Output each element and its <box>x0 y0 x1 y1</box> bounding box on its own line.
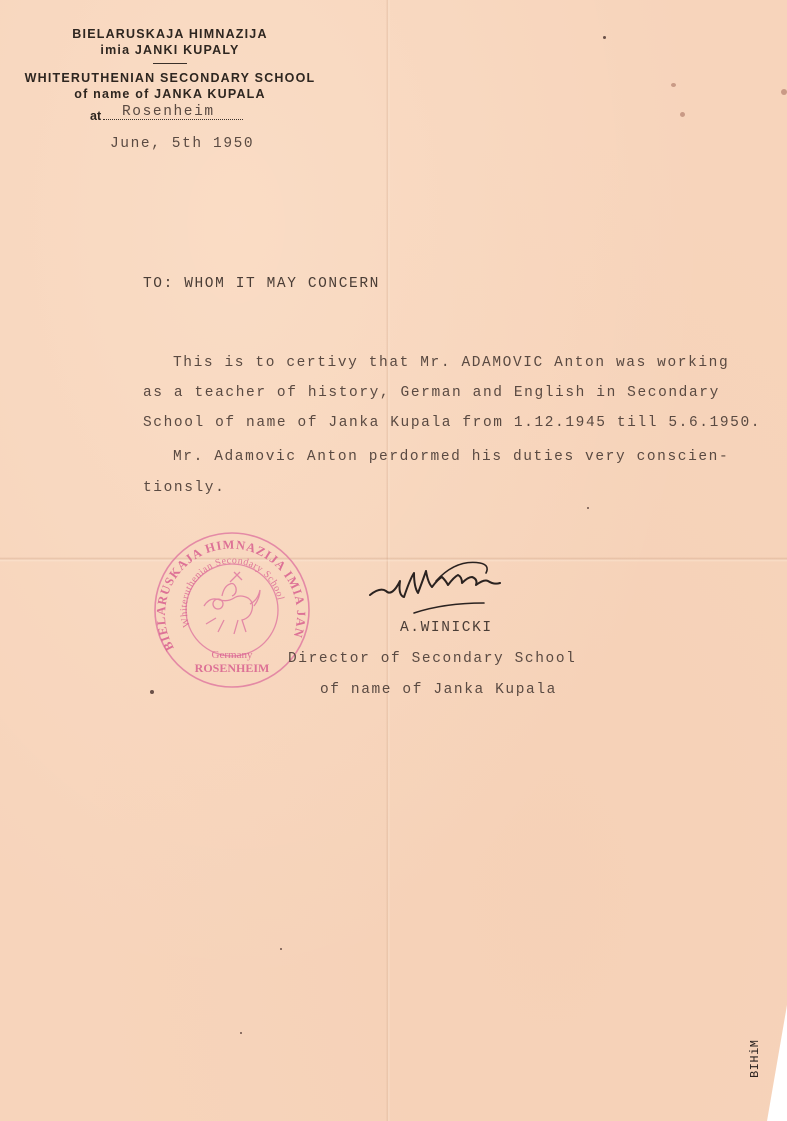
letterhead: BIELARUSKAJA HIMNAZIJA imia JANKI KUPALY… <box>10 26 330 102</box>
letterhead-separator <box>153 63 187 64</box>
stamp-outer-text: BIELARUSKAJA HIMNAZIJA IMIA JANKI KUPALY <box>152 530 308 653</box>
paper-speck <box>603 36 606 39</box>
paper-speck <box>680 112 685 117</box>
letter-date: June, 5th 1950 <box>110 136 254 152</box>
letterhead-line-4: of name of JANKA KUPALA <box>10 86 330 102</box>
salutation: TO: WHOM IT MAY CONCERN <box>143 276 380 292</box>
letterhead-line-2: imia JANKI KUPALY <box>10 42 330 58</box>
paper-speck <box>587 507 589 509</box>
archive-mark: BIHiM <box>748 1039 762 1078</box>
stamp-inner-text: Whiteruthenian Secondary School <box>179 555 286 628</box>
paper-speck <box>781 89 787 95</box>
pahonia-knight-icon <box>204 572 260 634</box>
paper-speck <box>240 1032 242 1034</box>
signatory-title-line-1: Director of Secondary School <box>288 651 576 667</box>
svg-text:BIELARUSKAJA HIMNAZIJA IMIA JA: BIELARUSKAJA HIMNAZIJA IMIA JANKI KUPALY <box>152 530 308 653</box>
stamp-city: ROSENHEIM <box>195 661 270 675</box>
signatory-title-line-2: of name of Janka Kupala <box>320 682 557 698</box>
body-line-3: School of name of Janka Kupala from 1.12… <box>143 415 761 431</box>
paper-speck <box>150 690 154 694</box>
letterhead-line-3: WHITERUTHENIAN SECONDARY SCHOOL <box>10 70 330 86</box>
letterhead-line-1: BIELARUSKAJA HIMNAZIJA <box>10 26 330 42</box>
handwritten-signature <box>366 555 536 617</box>
document-page: BIELARUSKAJA HIMNAZIJA imia JANKI KUPALY… <box>0 0 787 1121</box>
signatory-name: A.WINICKI <box>400 620 493 636</box>
stamp-country: Germany <box>212 649 253 661</box>
place-label: at <box>90 109 101 123</box>
svg-text:Whiteruthenian Secondary Schoo: Whiteruthenian Secondary School <box>179 555 286 628</box>
body-line-5: tionsly. <box>143 480 225 496</box>
place-value: Rosenheim <box>122 104 215 120</box>
body-line-1: This is to certivy that Mr. ADAMOVIC Ant… <box>173 355 729 371</box>
paper-speck <box>280 948 282 950</box>
paper-speck <box>671 83 676 87</box>
body-line-2: as a teacher of history, German and Engl… <box>143 385 720 401</box>
body-line-4: Mr. Adamovic Anton perdormed his duties … <box>173 449 729 465</box>
